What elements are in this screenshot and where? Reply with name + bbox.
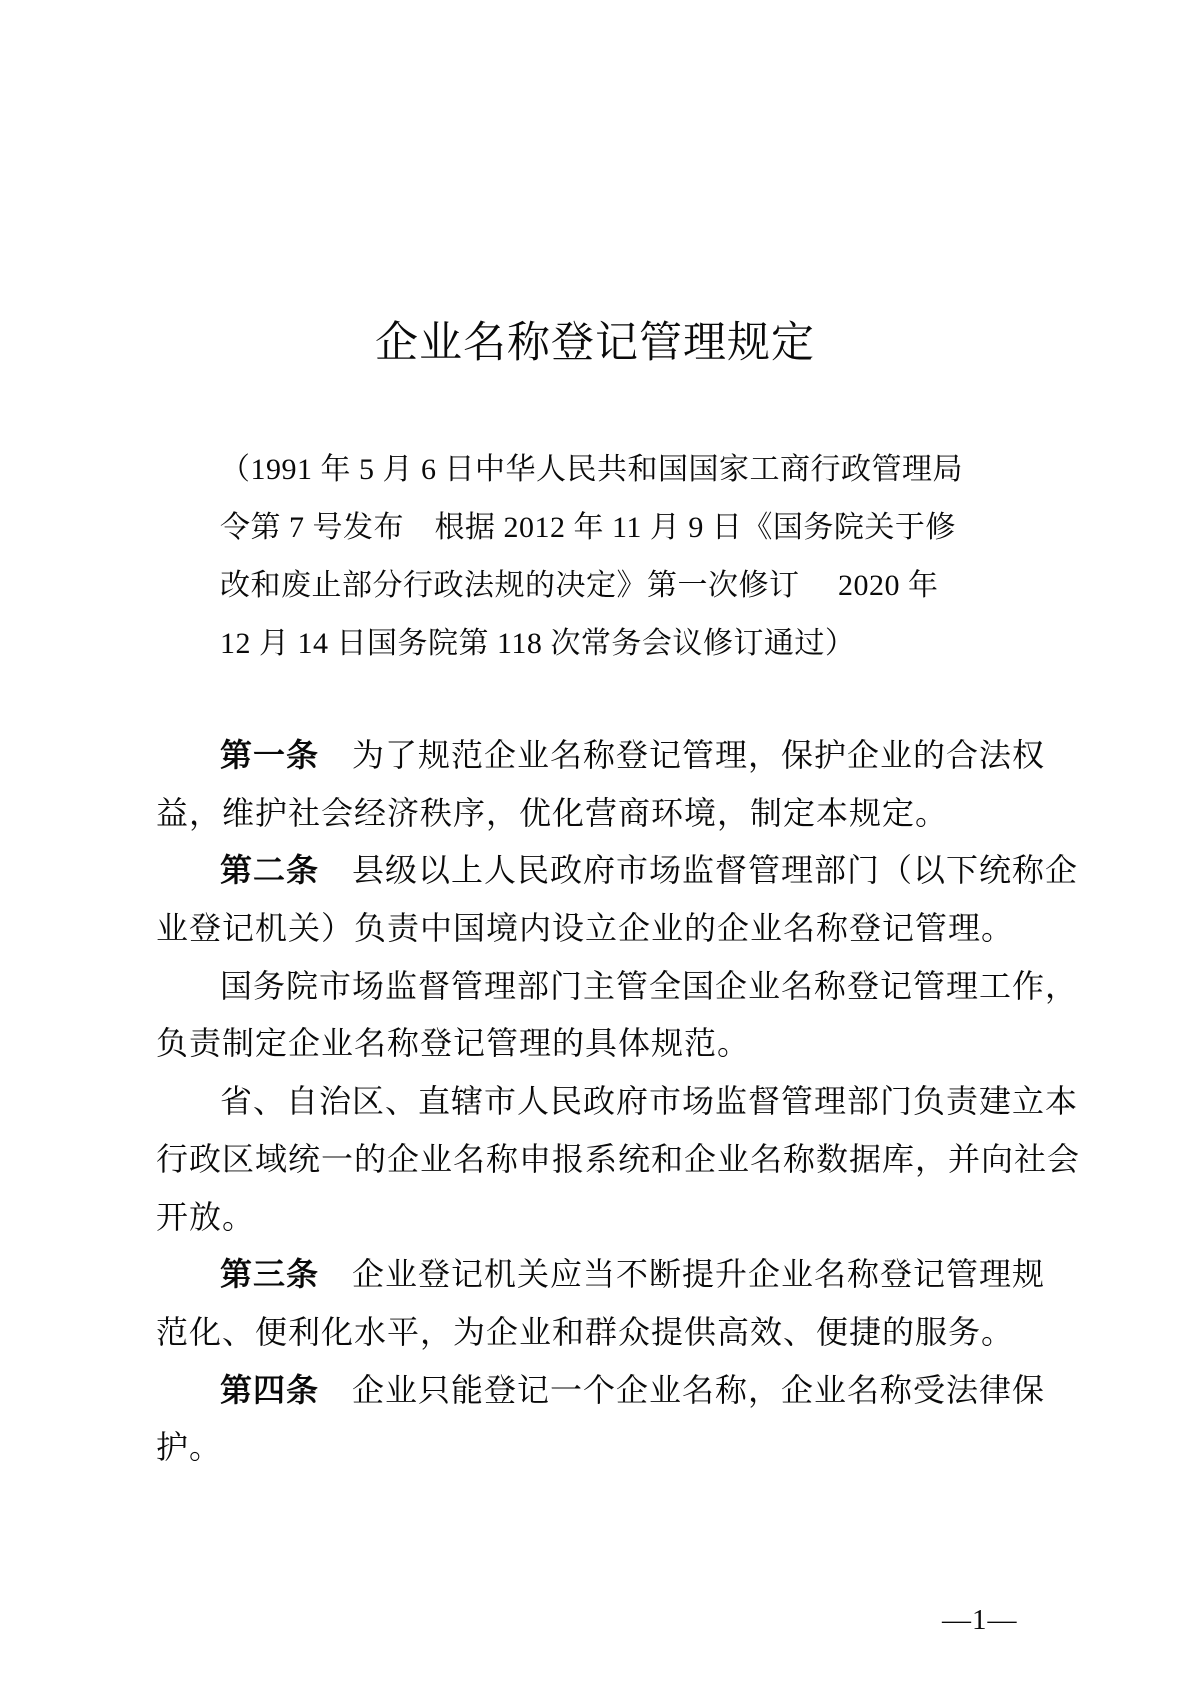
line-text: 企业只能登记一个企业名称，企业名称受法律保	[319, 1372, 1045, 1408]
body-line: 第四条 企业只能登记一个企业名称，企业名称受法律保	[156, 1362, 1076, 1420]
line-text: 开放。	[156, 1199, 255, 1235]
preamble-line: 12 月 14 日国务院第 118 次常务会议修订通过）	[220, 615, 963, 673]
body-line: 开放。	[156, 1189, 1076, 1247]
line-text: 国务院市场监督管理部门主管全国企业名称登记管理工作，	[220, 968, 1078, 1004]
line-text: 益，维护社会经济秩序，优化营商环境，制定本规定。	[156, 795, 948, 831]
line-text: 业登记机关）负责中国境内设立企业的企业名称登记管理。	[156, 910, 1014, 946]
body-line: 业登记机关）负责中国境内设立企业的企业名称登记管理。	[156, 900, 1076, 958]
preamble-line: 改和废止部分行政法规的决定》第一次修订 2020 年	[220, 557, 963, 615]
body-line: 第一条 为了规范企业名称登记管理，保护企业的合法权	[156, 727, 1076, 785]
body-line: 范化、便利化水平，为企业和群众提供高效、便捷的服务。	[156, 1304, 1076, 1362]
body-line: 第三条 企业登记机关应当不断提升企业名称登记管理规	[156, 1246, 1076, 1304]
body-line: 行政区域统一的企业名称申报系统和企业名称数据库，并向社会	[156, 1131, 1076, 1189]
line-text: 负责制定企业名称登记管理的具体规范。	[156, 1025, 750, 1061]
page-number: —1—	[942, 1603, 1018, 1637]
body-line: 负责制定企业名称登记管理的具体规范。	[156, 1015, 1076, 1073]
body-line: 护。	[156, 1419, 1076, 1477]
line-text: 行政区域统一的企业名称申报系统和企业名称数据库，并向社会	[156, 1141, 1080, 1177]
article-number: 第二条	[220, 852, 319, 888]
line-text: 为了规范企业名称登记管理，保护企业的合法权	[319, 737, 1045, 773]
article-number: 第四条	[220, 1372, 319, 1408]
line-text: 企业登记机关应当不断提升企业名称登记管理规	[319, 1256, 1045, 1292]
line-text: 省、自治区、直辖市人民政府市场监督管理部门负责建立本	[220, 1083, 1078, 1119]
body-line: 国务院市场监督管理部门主管全国企业名称登记管理工作，	[156, 958, 1076, 1016]
article-number: 第三条	[220, 1256, 319, 1292]
line-text: 护。	[156, 1429, 222, 1465]
article-number: 第一条	[220, 737, 319, 773]
body-line: 第二条 县级以上人民政府市场监督管理部门（以下统称企	[156, 842, 1076, 900]
body-line: 益，维护社会经济秩序，优化营商环境，制定本规定。	[156, 785, 1076, 843]
preamble-line: 令第 7 号发布 根据 2012 年 11 月 9 日《国务院关于修	[220, 499, 963, 557]
document-page: 企业名称登记管理规定 （1991 年 5 月 6 日中华人民共和国国家工商行政管…	[0, 0, 1190, 1683]
body-line: 省、自治区、直辖市人民政府市场监督管理部门负责建立本	[156, 1073, 1076, 1131]
document-body: 第一条 为了规范企业名称登记管理，保护企业的合法权 益，维护社会经济秩序，优化营…	[156, 727, 1076, 1477]
preamble: （1991 年 5 月 6 日中华人民共和国国家工商行政管理局 令第 7 号发布…	[220, 441, 963, 673]
line-text: 县级以上人民政府市场监督管理部门（以下统称企	[319, 852, 1078, 888]
document-title: 企业名称登记管理规定	[0, 316, 1190, 372]
preamble-line: （1991 年 5 月 6 日中华人民共和国国家工商行政管理局	[220, 441, 963, 499]
line-text: 范化、便利化水平，为企业和群众提供高效、便捷的服务。	[156, 1314, 1014, 1350]
